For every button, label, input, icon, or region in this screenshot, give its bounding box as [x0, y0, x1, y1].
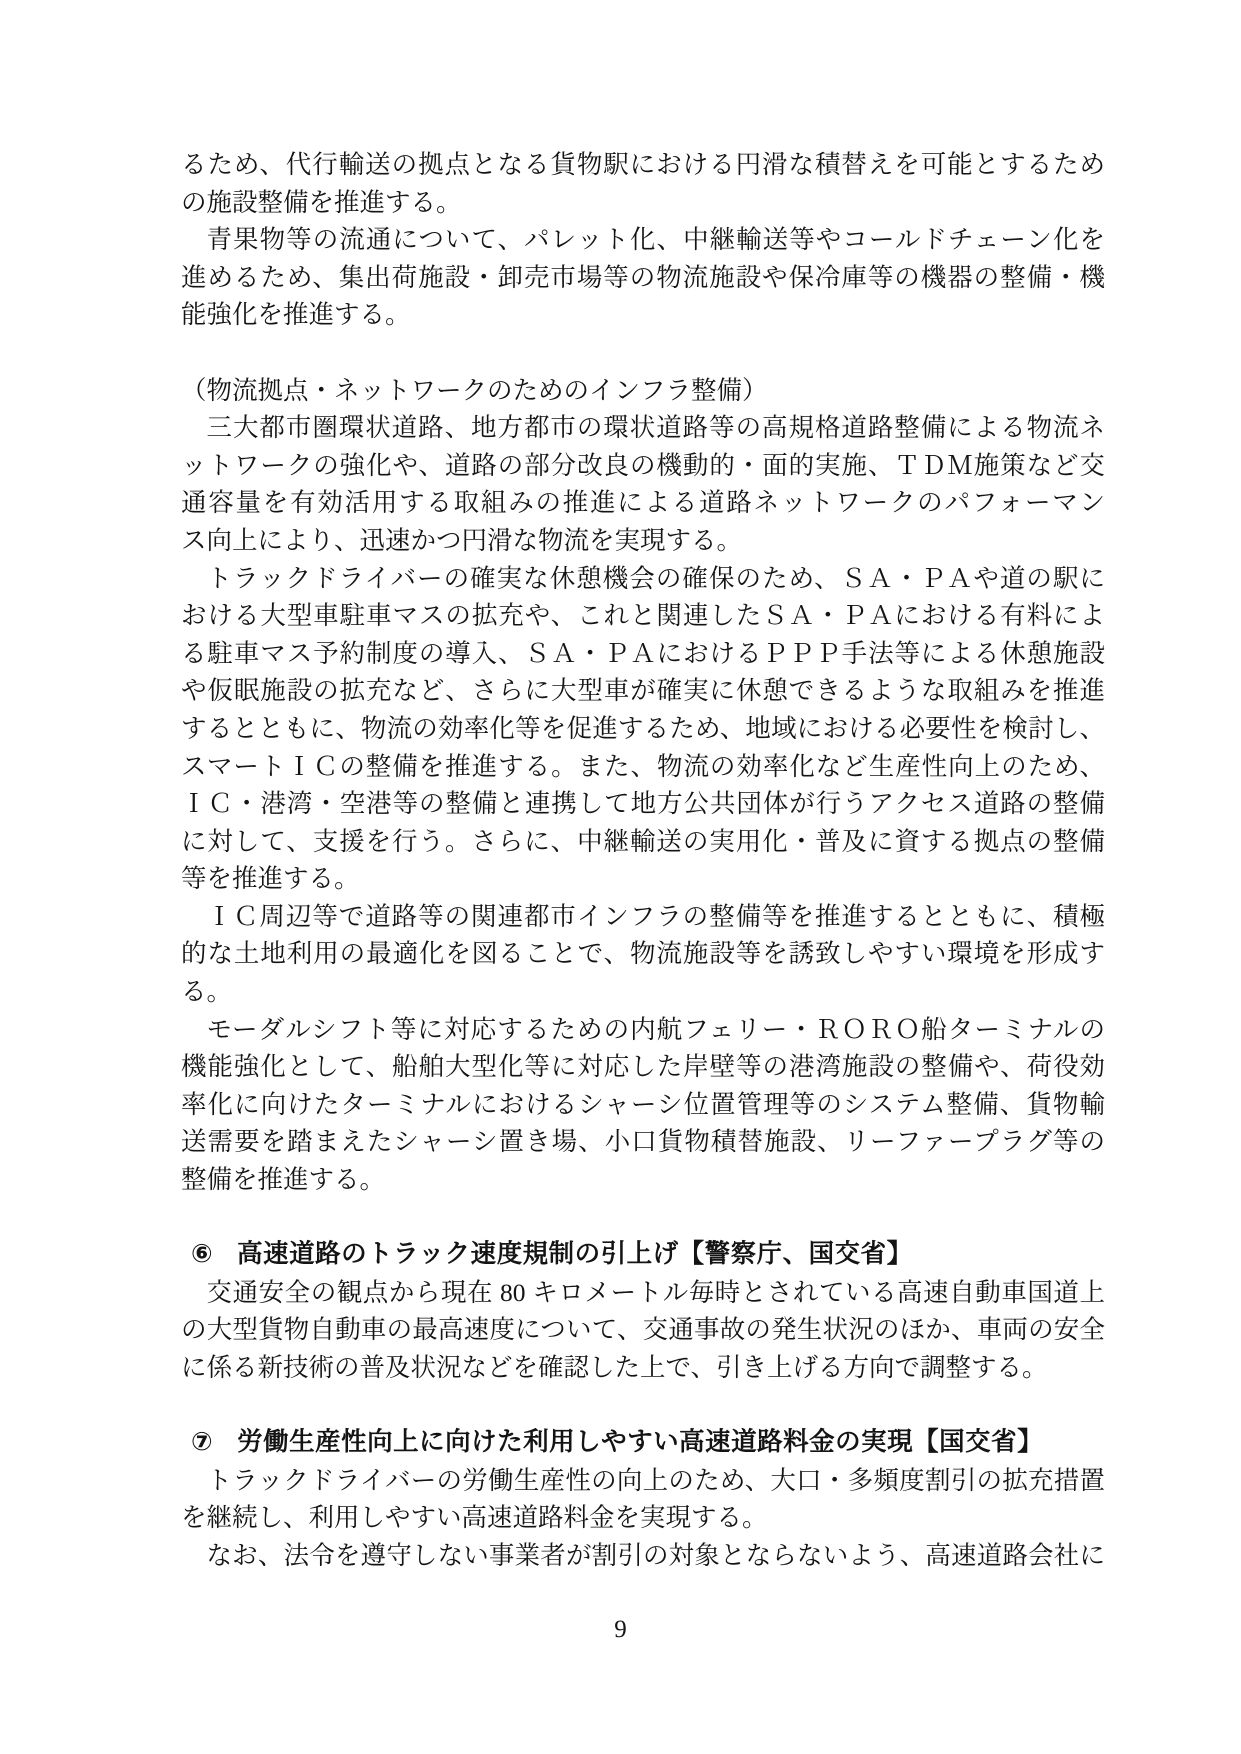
text-line: や仮眠施設の拡充など、さらに大型車が確実に休憩できるような取組みを推進 — [181, 672, 1105, 710]
text-line: ＩＣ・港湾・空港等の整備と連携して地方公共団体が行うアクセス道路の整備 — [181, 785, 1105, 823]
document-page: るため、代行輸送の拠点となる貨物駅における円滑な積替えを可能とするための施設整備… — [0, 0, 1241, 1754]
text-line: トラックドライバーの確実な休憩機会の確保のため、ＳＡ・ＰＡや道の駅に — [181, 560, 1105, 598]
heading-number: ⑦ — [191, 1424, 213, 1462]
section-heading: ⑦労働生産性向上に向けた利用しやすい高速道路料金の実現【国交省】 — [181, 1424, 1105, 1462]
text-line: ス向上により、迅速かつ円滑な物流を実現する。 — [181, 522, 1105, 560]
paragraph: 交通安全の観点から現在 80 キロメートル毎時とされている高速自動車国道上の大型… — [181, 1274, 1105, 1387]
text-line: の施設整備を推進する。 — [181, 184, 1105, 222]
text-line: に対して、支援を行う。さらに、中継輸送の実用化・普及に資する拠点の整備 — [181, 823, 1105, 861]
paragraph: モーダルシフト等に対応するための内航フェリー・ＲＯＲＯ船ターミナルの機能強化とし… — [181, 1011, 1105, 1199]
text-line: おける大型車駐車マスの拡充や、これと関連したＳＡ・ＰＡにおける有料によ — [181, 597, 1105, 635]
text-line: なお、法令を遵守しない事業者が割引の対象とならないよう、高速道路会社に — [181, 1537, 1105, 1575]
text-line: の大型貨物自動車の最高速度について、交通事故の発生状況のほか、車両の安全 — [181, 1311, 1105, 1349]
text-line: を継続し、利用しやすい高速道路料金を実現する。 — [181, 1499, 1105, 1537]
text-line: に係る新技術の普及状況などを確認した上で、引き上げる方向で調整する。 — [181, 1349, 1105, 1387]
section-heading: ⑥高速道路のトラック速度規制の引上げ【警察庁、国交省】 — [181, 1236, 1105, 1274]
text-line: 通容量を有効活用する取組みの推進による道路ネットワークのパフォーマン — [181, 484, 1105, 522]
text-line: 交通安全の観点から現在 80 キロメートル毎時とされている高速自動車国道上 — [181, 1274, 1105, 1312]
heading-title: 高速道路のトラック速度規制の引上げ【警察庁、国交省】 — [237, 1240, 913, 1268]
text-line: 能強化を推進する。 — [181, 296, 1105, 334]
text-line: 送需要を踏まえたシャーシ置き場、小口貨物積替施設、リーファープラグ等の — [181, 1123, 1105, 1161]
heading-title: 労働生産性向上に向けた利用しやすい高速道路料金の実現【国交省】 — [237, 1428, 1043, 1456]
paragraph: ＩＣ周辺等で道路等の関連都市インフラの整備等を推進するとともに、積極的な土地利用… — [181, 898, 1105, 1011]
text-line: 機能強化として、船舶大型化等に対応した岸壁等の港湾施設の整備や、荷役効 — [181, 1048, 1105, 1086]
section-label: （物流拠点・ネットワークのためのインフラ整備） — [181, 372, 1105, 410]
text-line: スマートＩＣの整備を推進する。また、物流の効率化など生産性向上のため、 — [181, 748, 1105, 786]
paragraph: 三大都市圏環状道路、地方都市の環状道路等の高規格道路整備による物流ネットワークの… — [181, 409, 1105, 559]
text-line: 等を推進する。 — [181, 860, 1105, 898]
text-line: ットワークの強化や、道路の部分改良の機動的・面的実施、ＴＤＭ施策など交 — [181, 447, 1105, 485]
text-line: 整備を推進する。 — [181, 1161, 1105, 1199]
text-line: モーダルシフト等に対応するための内航フェリー・ＲＯＲＯ船ターミナルの — [181, 1011, 1105, 1049]
text-line: る駐車マス予約制度の導入、ＳＡ・ＰＡにおけるＰＰＰ手法等による休憩施設 — [181, 635, 1105, 673]
text-line: 的な土地利用の最適化を図ることで、物流施設等を誘致しやすい環境を形成す — [181, 935, 1105, 973]
text-line: ＩＣ周辺等で道路等の関連都市インフラの整備等を推進するとともに、積極 — [181, 898, 1105, 936]
text-line: トラックドライバーの労働生産性の向上のため、大口・多頻度割引の拡充措置 — [181, 1462, 1105, 1500]
paragraph: トラックドライバーの労働生産性の向上のため、大口・多頻度割引の拡充措置を継続し、… — [181, 1462, 1105, 1537]
document-body: るため、代行輸送の拠点となる貨物駅における円滑な積替えを可能とするための施設整備… — [181, 146, 1105, 1575]
text-line: 率化に向けたターミナルにおけるシャーシ位置管理等のシステム整備、貨物輸 — [181, 1086, 1105, 1124]
paragraph: なお、法令を遵守しない事業者が割引の対象とならないよう、高速道路会社に — [181, 1537, 1105, 1575]
paragraph: 青果物等の流通について、パレット化、中継輸送等やコールドチェーン化を進めるため、… — [181, 221, 1105, 334]
text-line: 青果物等の流通について、パレット化、中継輸送等やコールドチェーン化を — [181, 221, 1105, 259]
paragraph: るため、代行輸送の拠点となる貨物駅における円滑な積替えを可能とするための施設整備… — [181, 146, 1105, 221]
text-line: 進めるため、集出荷施設・卸売市場等の物流施設や保冷庫等の機器の整備・機 — [181, 259, 1105, 297]
text-line: る。 — [181, 973, 1105, 1011]
page-number: 9 — [0, 1616, 1241, 1644]
text-line: るため、代行輸送の拠点となる貨物駅における円滑な積替えを可能とするため — [181, 146, 1105, 184]
paragraph: トラックドライバーの確実な休憩機会の確保のため、ＳＡ・ＰＡや道の駅における大型車… — [181, 560, 1105, 898]
text-line: するとともに、物流の効率化等を促進するため、地域における必要性を検討し、 — [181, 710, 1105, 748]
text-line: 三大都市圏環状道路、地方都市の環状道路等の高規格道路整備による物流ネ — [181, 409, 1105, 447]
text-line: （物流拠点・ネットワークのためのインフラ整備） — [181, 372, 1105, 410]
heading-number: ⑥ — [191, 1236, 213, 1274]
